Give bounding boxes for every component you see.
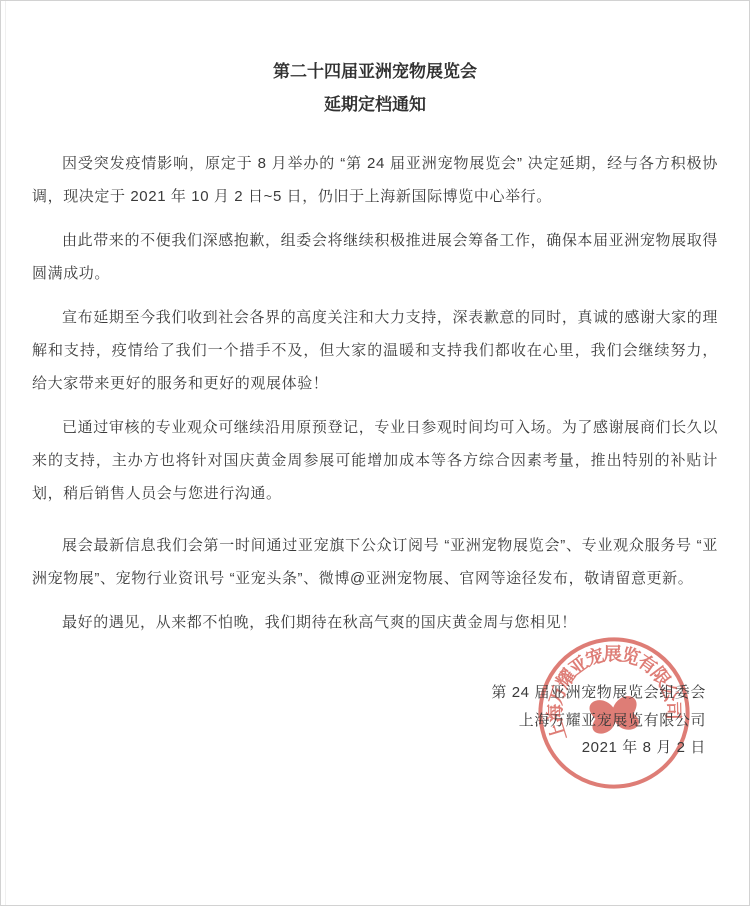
paragraph-thanks: 宣布延期至今我们收到社会各界的高度关注和大力支持，深表歉意的同时，真诚的感谢大家…	[32, 301, 718, 400]
signature-date: 2021 年 8 月 2 日	[491, 734, 706, 762]
document-body: 因受突发疫情影响，原定于 8 月举办的 “第 24 届亚洲宠物展览会” 决定延期…	[1, 147, 749, 639]
paragraph-postponement: 因受突发疫情影响，原定于 8 月举办的 “第 24 届亚洲宠物展览会” 决定延期…	[32, 147, 718, 213]
document-subtitle: 延期定档通知	[1, 88, 749, 121]
paragraph-updates-channels: 展会最新信息我们会第一时间通过亚宠旗下公众订阅号 “亚洲宠物展览会”、专业观众服…	[32, 529, 718, 595]
notice-document: 第二十四届亚洲宠物展览会 延期定档通知 因受突发疫情影响，原定于 8 月举办的 …	[0, 0, 750, 906]
signature-block: 第 24 届亚洲宠物展览会组委会 上海万耀亚宠展览有限公司 2021 年 8 月…	[491, 679, 706, 762]
paragraph-visitor-info: 已通过审核的专业观众可继续沿用原预登记，专业日参观时间均可入场。为了感谢展商们长…	[32, 411, 718, 510]
document-title: 第二十四届亚洲宠物展览会	[1, 55, 749, 88]
paragraph-apology: 由此带来的不便我们深感抱歉，组委会将继续积极推进展会筹备工作，确保本届亚洲宠物展…	[32, 224, 718, 290]
signature-committee: 第 24 届亚洲宠物展览会组委会	[491, 679, 706, 707]
paragraph-closing: 最好的遇见，从来都不怕晚，我们期待在秋高气爽的国庆黄金周与您相见！	[32, 606, 718, 639]
signature-company: 上海万耀亚宠展览有限公司	[491, 707, 706, 735]
